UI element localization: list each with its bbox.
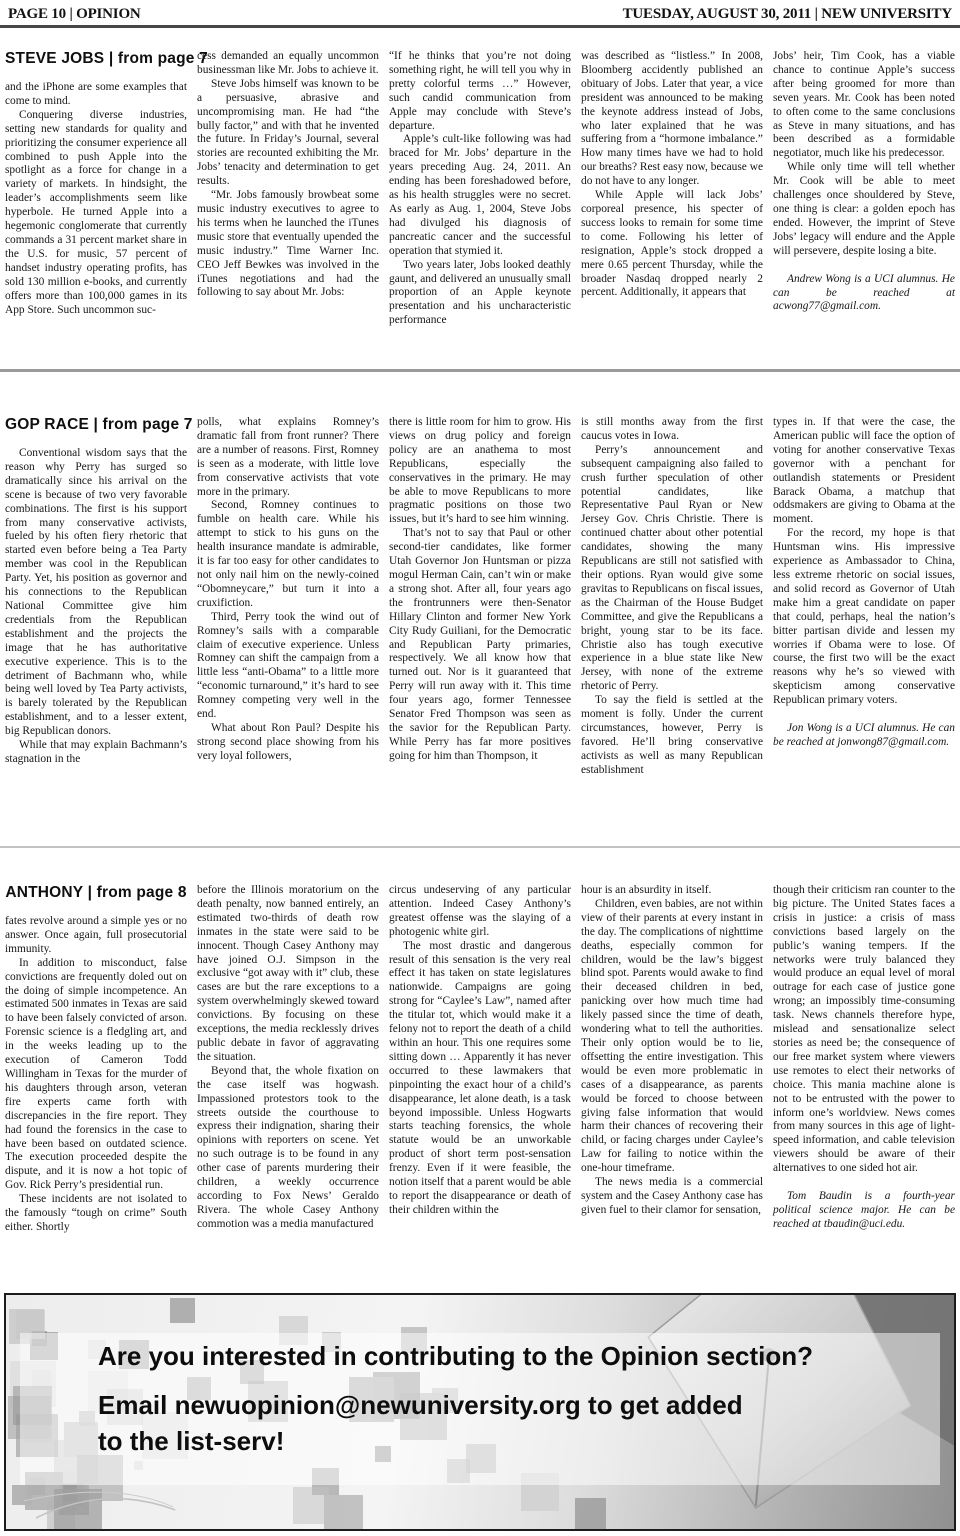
paragraph: Jobs’ heir, Tim Cook, has a viable chanc…: [773, 50, 955, 161]
column: hour is an absurdity in itself. Children…: [581, 884, 763, 1235]
banner-line1: Are you interested in contributing to th…: [98, 1341, 813, 1372]
paragraph: hour is an absurdity in itself.: [581, 884, 763, 898]
masthead-right: TUESDAY, AUGUST 30, 2011 | NEW UNIVERSIT…: [623, 6, 952, 23]
column: Jobs’ heir, Tim Cook, has a viable chanc…: [773, 50, 955, 328]
article-gop-race: GOP RACE | from page 7 Conventional wisd…: [0, 372, 960, 846]
byline: Tom Baudin is a fourth-year political sc…: [773, 1190, 955, 1232]
byline: Andrew Wong is a UCI alumnus. He can be …: [773, 273, 955, 315]
paragraph: Second, Romney continues to fumble on he…: [197, 499, 379, 610]
paragraph: Third, Perry took the wind out of Romney…: [197, 611, 379, 722]
column: circus undeserving of any particular att…: [389, 884, 571, 1235]
paragraph: circus undeserving of any particular att…: [389, 884, 571, 940]
paragraph: The most drastic and dangerous result of…: [389, 940, 571, 1218]
column: types in. If that were the case, the Ame…: [773, 416, 955, 778]
column: is still months away from the first cauc…: [581, 416, 763, 778]
opinion-contact-banner: Are you interested in contributing to th…: [4, 1293, 956, 1531]
paragraph: cess demanded an equally uncommon busine…: [197, 50, 379, 78]
paragraph: The news media is a commercial system an…: [581, 1176, 763, 1218]
paragraph: What about Ron Paul? Despite his strong …: [197, 722, 379, 764]
column: before the Illinois moratorium on the de…: [197, 884, 379, 1235]
column: STEVE JOBS | from page 7 and the iPhone …: [5, 50, 187, 328]
column: polls, what explains Romney’s dramatic f…: [197, 416, 379, 778]
paragraph: before the Illinois moratorium on the de…: [197, 884, 379, 1065]
article-columns: STEVE JOBS | from page 7 and the iPhone …: [0, 50, 960, 328]
banner-line2: Email newuopinion@newuniversity.org to g…: [98, 1388, 768, 1460]
column: ANTHONY | from page 8 fates revolve arou…: [5, 884, 187, 1235]
paragraph: Conventional wisdom says that the reason…: [5, 447, 187, 739]
paragraph: polls, what explains Romney’s dramatic f…: [197, 416, 379, 499]
article-columns: ANTHONY | from page 8 fates revolve arou…: [0, 884, 960, 1235]
column: cess demanded an equally uncommon busine…: [197, 50, 379, 328]
paragraph: Apple’s cult-like following was had brac…: [389, 133, 571, 258]
column: GOP RACE | from page 7 Conventional wisd…: [5, 416, 187, 778]
paragraph: though their criticism ran counter to th…: [773, 884, 955, 1176]
paragraph: there is little room for him to grow. Hi…: [389, 416, 571, 527]
paragraph: Steve Jobs himself was known to be a per…: [197, 78, 379, 189]
article-anthony: ANTHONY | from page 8 fates revolve arou…: [0, 848, 960, 1294]
paragraph: To say the field is settled at the momen…: [581, 694, 763, 777]
paragraph: For the record, my hope is that Huntsman…: [773, 527, 955, 708]
byline: Jon Wong is a UCI alumnus. He can be rea…: [773, 722, 955, 750]
paragraph: While that may explain Bachmann’s stagna…: [5, 739, 187, 767]
paragraph: Children, even babies, are not within vi…: [581, 898, 763, 1176]
section-title: STEVE JOBS | from page 7: [5, 50, 187, 68]
paragraph: Conquering diverse industries, setting n…: [5, 109, 187, 318]
paragraph: These incidents are not isolated to the …: [5, 1193, 187, 1235]
paragraph: That’s not to say that Paul or other sec…: [389, 527, 571, 763]
section-title: GOP RACE | from page 7: [5, 416, 187, 434]
paragraph: In addition to misconduct, false convict…: [5, 957, 187, 1193]
banner-text: Are you interested in contributing to th…: [98, 1341, 813, 1460]
paragraph: is still months away from the first cauc…: [581, 416, 763, 444]
newspaper-page: PAGE 10 | OPINION TUESDAY, AUGUST 30, 20…: [0, 0, 960, 1536]
column: though their criticism ran counter to th…: [773, 884, 955, 1235]
paragraph: While only time will tell whether Mr. Co…: [773, 161, 955, 258]
paragraph: While Apple will lack Jobs’ corporeal pr…: [581, 189, 763, 300]
paragraph: “If he thinks that you’re not doing some…: [389, 50, 571, 133]
paragraph: Two years later, Jobs looked deathly gau…: [389, 259, 571, 329]
paragraph: Perry’s announcement and subsequent camp…: [581, 444, 763, 694]
article-steve-jobs: STEVE JOBS | from page 7 and the iPhone …: [0, 28, 960, 369]
column: “If he thinks that you’re not doing some…: [389, 50, 571, 328]
paragraph: fates revolve around a simple yes or no …: [5, 915, 187, 957]
column: was described as “listless.” In 2008, Bl…: [581, 50, 763, 328]
paragraph: was described as “listless.” In 2008, Bl…: [581, 50, 763, 189]
masthead-left: PAGE 10 | OPINION: [8, 6, 141, 23]
paragraph: and the iPhone are some examples that co…: [5, 81, 187, 109]
paragraph: types in. If that were the case, the Ame…: [773, 416, 955, 527]
masthead: PAGE 10 | OPINION TUESDAY, AUGUST 30, 20…: [0, 0, 960, 28]
article-columns: GOP RACE | from page 7 Conventional wisd…: [0, 416, 960, 778]
paragraph: Beyond that, the whole fixation on the c…: [197, 1065, 379, 1232]
paragraph: “Mr. Jobs famously browbeat some music i…: [197, 189, 379, 300]
column: there is little room for him to grow. Hi…: [389, 416, 571, 778]
section-title: ANTHONY | from page 8: [5, 884, 187, 902]
